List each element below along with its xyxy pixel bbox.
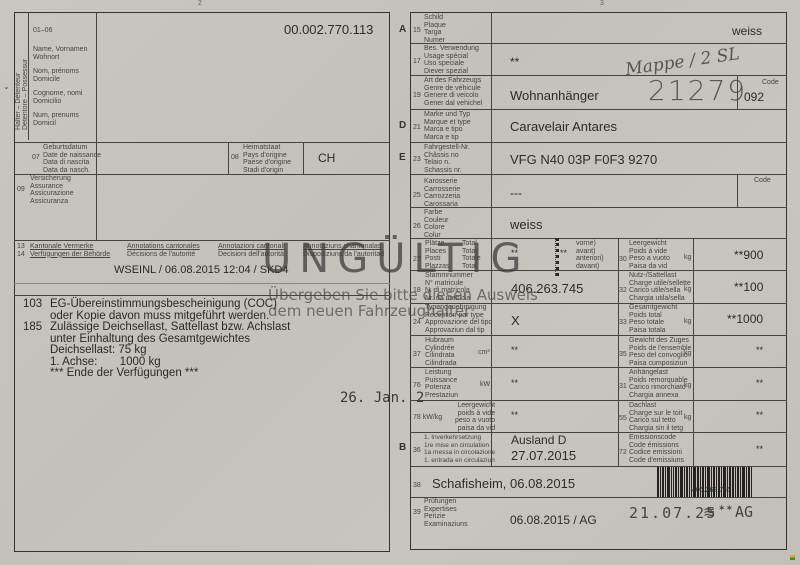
row-letter: B [399, 442, 406, 453]
document-number: 00.002.770.113 [284, 22, 373, 37]
field-09-num: 09 [17, 186, 25, 193]
field-39-labels: PrüfungenExpertisesPerizieExaminaziuns [424, 498, 468, 528]
first-registration-origin: Ausland D [511, 433, 566, 447]
make-type-value: Caravelair Antares [510, 119, 617, 134]
row-labels: FarbeCouleurColoreColur [424, 209, 449, 239]
unit: kg [684, 382, 691, 389]
row-labels: SchildPlaqueTargaNumer [424, 14, 446, 44]
unit: kW [480, 381, 490, 388]
annotations-fr: Annotations cantonalesDécisions de l'aut… [127, 243, 200, 258]
annotations-de: Kantonale VermerkeVerfügungen der Behörd… [30, 243, 110, 258]
inspection-stamp-canton: AG [735, 503, 753, 521]
row-labels: Fahrgestell-Nr.Châssis noTelaio n.Schass… [424, 144, 470, 174]
grid-num: 37 [413, 351, 421, 358]
grid-num: 31 [619, 383, 627, 390]
grid-labels: Gewicht des ZugesPoids de l'ensemblePeso… [629, 337, 691, 367]
grid-num: 76 [413, 382, 421, 389]
grid-labels: AnhängelastPoids remorquableCarico rimor… [629, 369, 688, 399]
body-value: --- [510, 186, 522, 200]
grid-labels: 1. Inverkehrsetzung1re mise en circulati… [424, 434, 495, 464]
remark-185: 185Zulässige Deichsellast, Sattellast bz… [23, 322, 290, 380]
field-08-value: CH [318, 151, 335, 165]
issue-place-date: Schafisheim, 06.08.2015 [432, 476, 575, 491]
holder-label: Num, prenumsDomicil [33, 112, 79, 127]
page-marker-right: 3 [600, 0, 604, 7]
star-icon: ✶✶ [718, 503, 733, 514]
row-num: 23 [413, 156, 421, 163]
row-letter: D [399, 120, 406, 131]
empty-weight-value: **900 [734, 248, 763, 262]
header-code: 01–06 [33, 27, 52, 34]
grid-labels: Nutz-/SattellastCharge utile/selletteCar… [629, 272, 691, 302]
unit: cm³ [478, 349, 490, 356]
invalid-stamp-line-2: dem neuen Fahrzeughalter [268, 302, 470, 320]
row-letter: A [399, 24, 406, 35]
grid-num: 30 [619, 256, 627, 263]
payload-value: **100 [734, 280, 763, 294]
grid-num: 72 [619, 449, 627, 456]
displacement-value: ** [511, 345, 518, 355]
row-labels: Art des FahrzeugsGenre de véhiculeGenere… [424, 77, 482, 107]
annotations-nums: 1314 [17, 243, 25, 258]
row-num: 21 [413, 124, 421, 131]
trailer-load-value: ** [756, 378, 763, 388]
grid-labels: DachlastCharge sur le toitCarico sul tet… [629, 402, 683, 432]
remark-103: 103EG-Übereinstimmungsbescheinigung (COC… [23, 299, 277, 322]
grid-labels: LeergewichtPoids à videPeso a vuotoPaisa… [629, 240, 670, 270]
row-num: 25 [413, 192, 421, 199]
code-label: Code [754, 177, 771, 185]
inspection-value: 06.08.2015 / AG [510, 513, 597, 527]
row-labels: Marke und TypMarque et typeMarca e tipoM… [424, 111, 471, 141]
first-registration-date: 27.07.2015 [511, 448, 576, 463]
grid-labels: HubraumCylindréeCilindrataCilindrada [425, 337, 457, 367]
page-marker-left: 2 [198, 0, 202, 7]
field-39-num: 39 [413, 509, 421, 516]
unit: kg [684, 350, 691, 357]
handwritten-number: 21279 [648, 74, 747, 107]
field-09-labels: VersicherungAssuranceAssicurazioneAssicu… [30, 175, 74, 205]
type-approval-value: X [511, 313, 520, 328]
power-weight-value: ** [511, 410, 518, 420]
row-letter: E [399, 152, 406, 163]
unit: kg [684, 286, 691, 293]
train-weight-value: ** [756, 345, 763, 355]
row-num: 15 [413, 27, 421, 34]
holder-vertical-label-2: Detentore – Possessur [22, 59, 30, 130]
grid-num: 36 [413, 447, 421, 454]
row-num: 26 [413, 223, 421, 230]
field-38-num: 38 [413, 482, 421, 489]
grid-labels: EmissionscodeCode émissionsCodice emissi… [629, 434, 684, 464]
canton-wave-icon: ≋ [703, 503, 716, 521]
grid-num: 32 [619, 287, 627, 294]
holder-label: Cognome, nomiDomicilio [33, 90, 82, 105]
roof-load-value: ** [756, 410, 763, 420]
total-weight-value: **1000 [727, 312, 763, 326]
date-stamp: 26. Jan. 2 [340, 390, 424, 406]
grid-labels: Leergewichtpoids à videpeso a vuotopaisa… [455, 402, 495, 432]
field-08-num: 08 [231, 154, 239, 161]
power-value: ** [511, 378, 518, 388]
plate-value: weiss [732, 24, 762, 38]
fold-mark-icon: ⌄ [3, 82, 10, 91]
unit: kg [684, 318, 691, 325]
color-mark [790, 555, 795, 560]
unit: kg [684, 414, 691, 421]
emission-code-value: ** [756, 444, 763, 454]
field-07-num: 07 [32, 154, 40, 161]
grid-num: 33 [619, 319, 627, 326]
grid-num: 55 [619, 415, 627, 422]
field-08-labels: HeimatstaatPays d'originePaese d'origine… [243, 144, 291, 174]
row-num: 17 [413, 58, 421, 65]
invalid-stamp: UNGÜLTIG [262, 236, 529, 282]
row-num: 19 [413, 92, 421, 99]
grid-labels: LeistungPuissancePotenzaPrestaziun [425, 369, 458, 399]
barcode-text: 406.263.745 [692, 487, 731, 494]
grid-sublabels-2: vorne)avant)anteriori)davant) [576, 240, 604, 270]
holder-label: Name, VornamenWohnort [33, 46, 87, 61]
seats-front-value: ** [560, 248, 567, 258]
grid-num: 78 kW/kg [413, 414, 442, 421]
field-07-labels: GeburtsdatumDate de naissanceData di nas… [43, 144, 101, 174]
vehicle-type-value: Wohnanhänger [510, 88, 599, 103]
unit: kg [684, 254, 691, 261]
grid-num: 35 [619, 351, 627, 358]
grid-num: 24 [413, 319, 421, 326]
special-use-value: ** [510, 55, 519, 69]
holder-label: Nom, prénomsDomicile [33, 68, 79, 83]
color-value: weiss [510, 217, 543, 232]
row-labels: Bes. VerwendungUsage spécialUso speciale… [424, 45, 479, 75]
grid-labels: GesamtgewichtPoids totalPeso totalePaisa… [629, 304, 677, 334]
chassis-value: VFG N40 03P F0F3 9270 [510, 152, 657, 167]
code-label: Code [762, 79, 779, 87]
vehicle-type-code: 092 [744, 90, 764, 104]
row-labels: KarosserieCarrosserieCarrozzeriaCarossar… [424, 178, 460, 208]
